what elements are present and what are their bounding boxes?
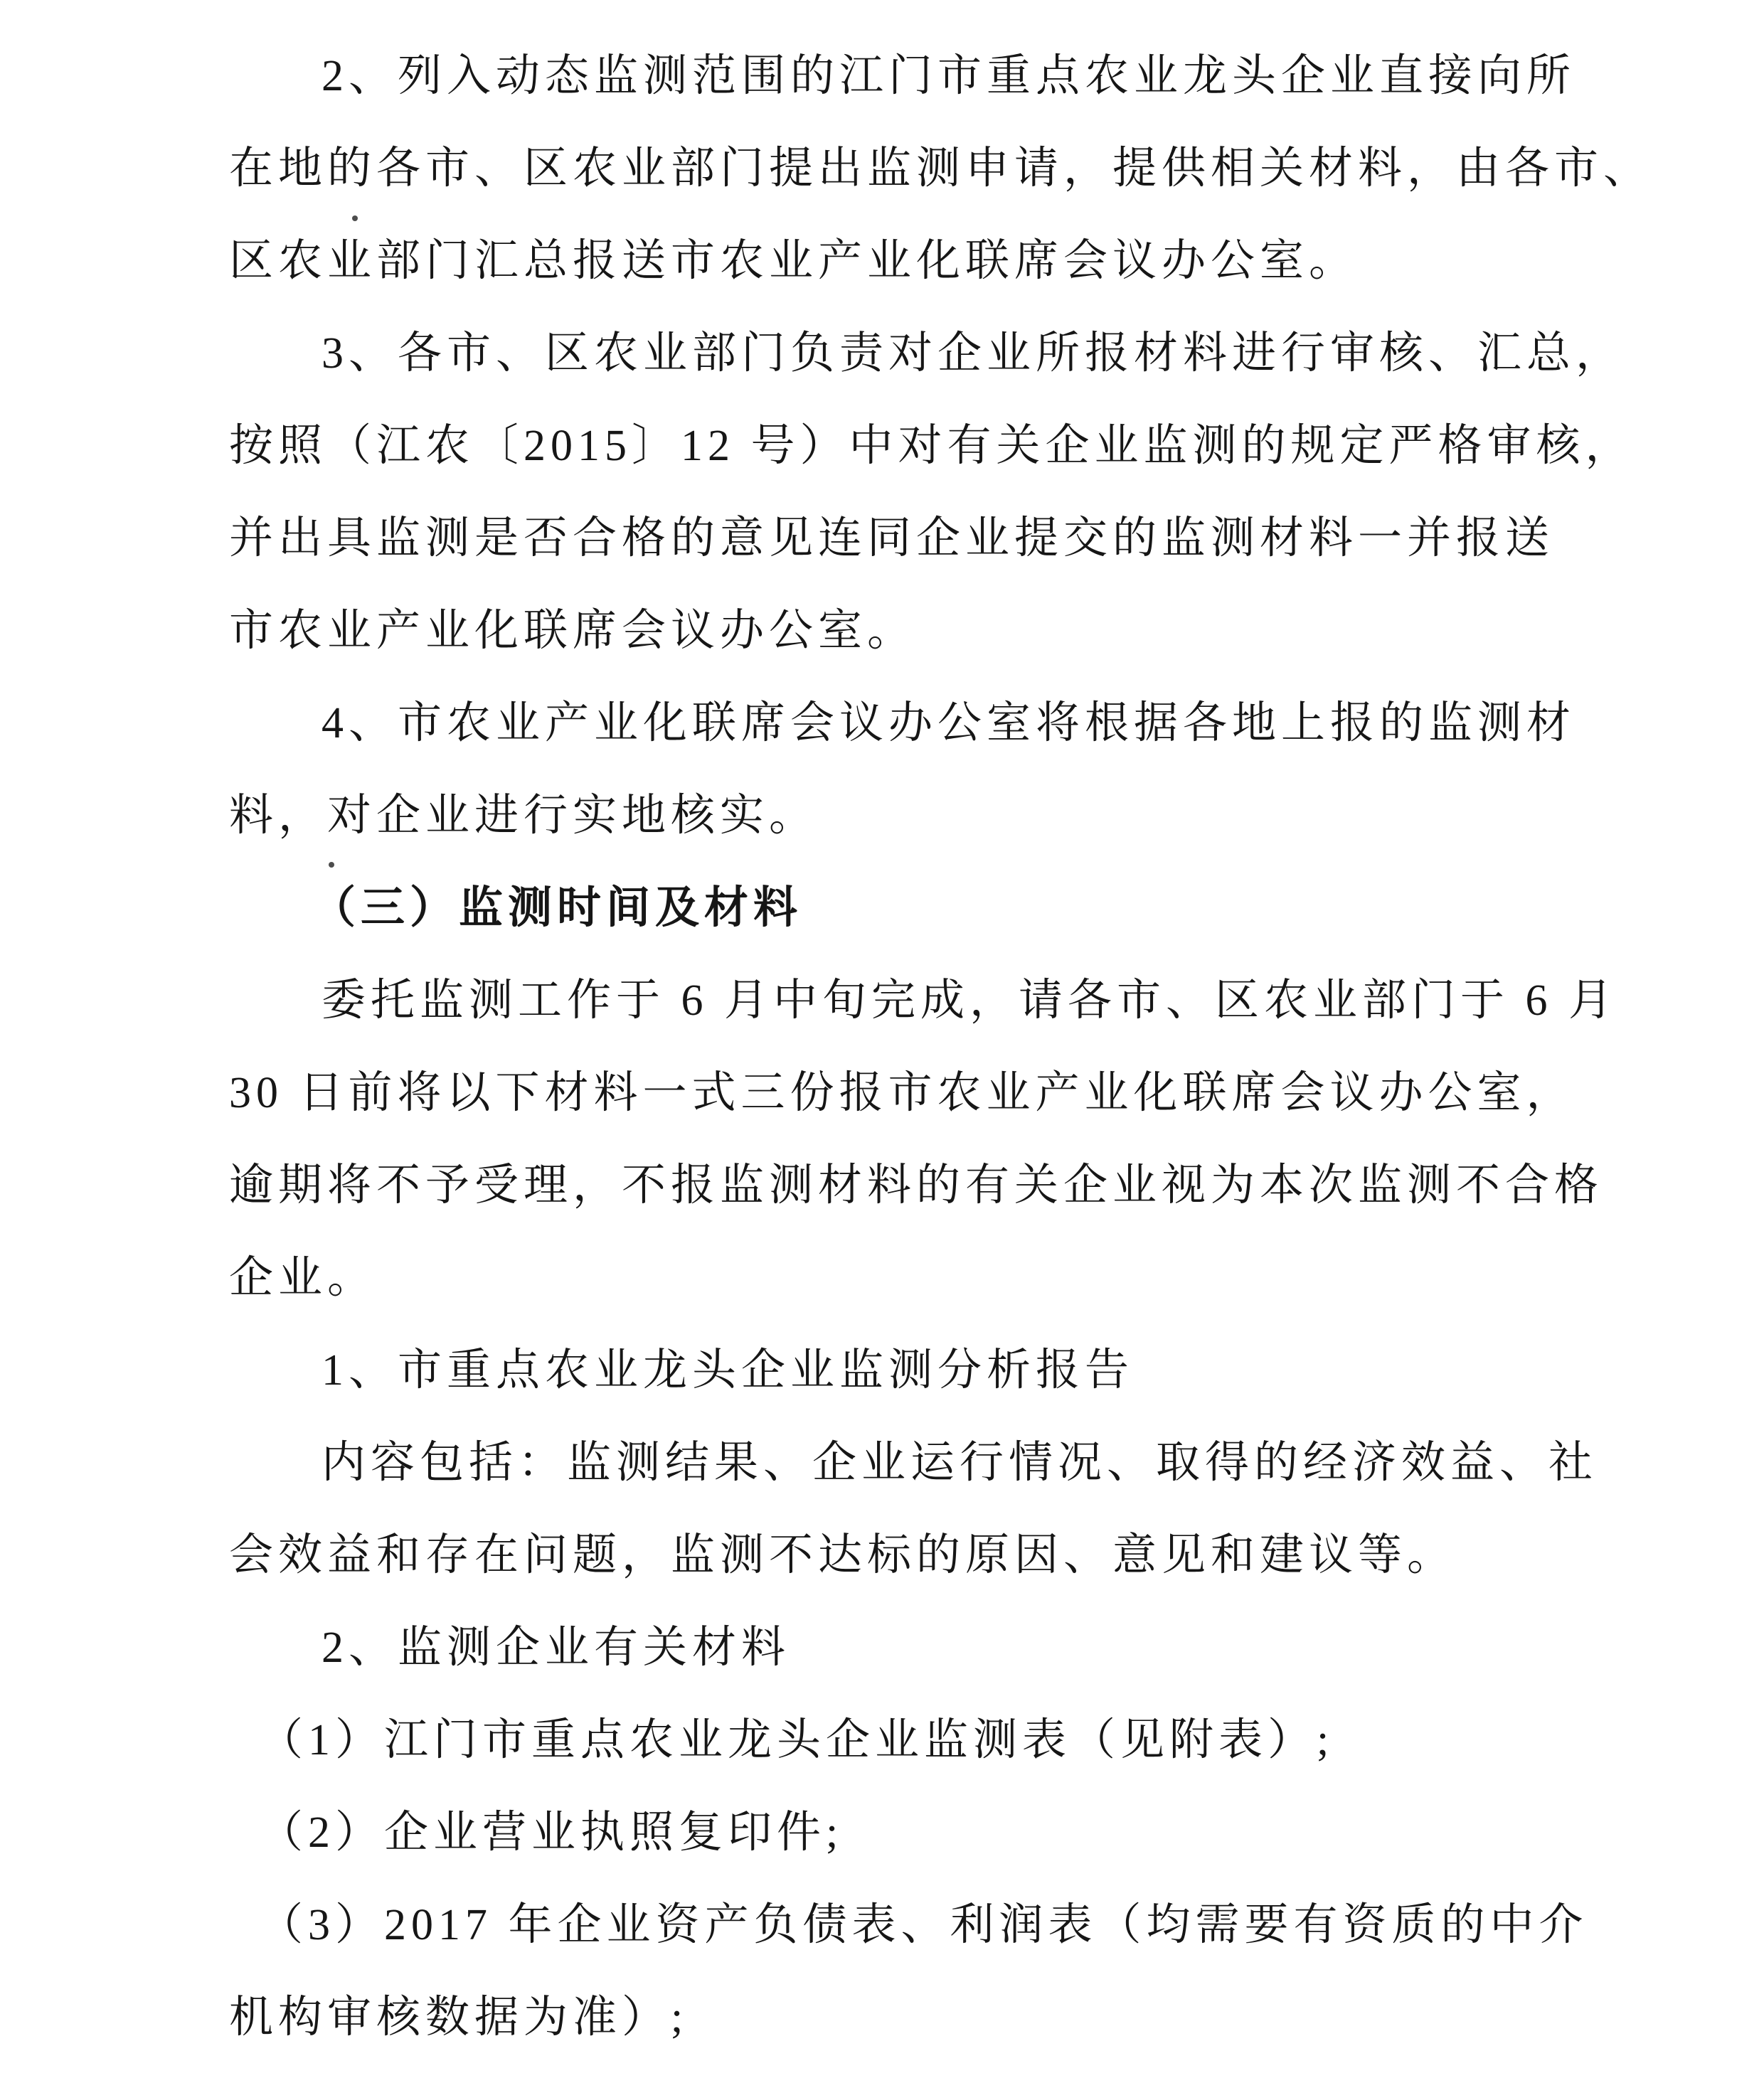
text-line: （3）2017 年企业资产负债表、利润表（均需要有资质的中介 (229, 1879, 1673, 1971)
text-line: 料，对企业进行实地核实。 (229, 769, 1673, 862)
text-line: 市农业产业化联席会议办公室。 (229, 585, 1673, 677)
document-body: 2、列入动态监测范围的江门市重点农业龙头企业直接向所在地的各市、区农业部门提出监… (229, 30, 1673, 2064)
text-line: 30 日前将以下材料一式三份报市农业产业化联席会议办公室， (229, 1047, 1673, 1139)
text-line: 逾期将不予受理，不报监测材料的有关企业视为本次监测不合格 (229, 1139, 1673, 1232)
section-heading: （三）监测时间及材料 (229, 862, 1673, 954)
text-line: （1）江门市重点农业龙头企业监测表（见附表）; (229, 1694, 1673, 1786)
text-line: 并出具监测是否合格的意见连同企业提交的监测材料一并报送 (229, 492, 1673, 585)
text-line: 会效益和存在问题，监测不达标的原因、意见和建议等。 (229, 1509, 1673, 1602)
text-line: 机构审核数据为准）; (229, 1971, 1673, 2064)
text-line: 企业。 (229, 1232, 1673, 1324)
text-line: 4、市农业产业化联席会议办公室将根据各地上报的监测材 (229, 677, 1673, 769)
text-line: 2、监测企业有关材料 (229, 1602, 1673, 1694)
text-line: 2、列入动态监测范围的江门市重点农业龙头企业直接向所 (229, 30, 1673, 122)
text-line: 内容包括：监测结果、企业运行情况、取得的经济效益、社 (229, 1417, 1673, 1509)
text-line: 在地的各市、区农业部门提出监测申请，提供相关材料，由各市、 (229, 122, 1673, 215)
text-line: 3、各市、区农业部门负责对企业所报材料进行审核、汇总， (229, 307, 1673, 400)
text-line: 按照（江农〔2015〕12 号）中对有关企业监测的规定严格审核， (229, 400, 1673, 492)
text-line: 1、市重点农业龙头企业监测分析报告 (229, 1324, 1673, 1417)
document-page: 2、列入动态监测范围的江门市重点农业龙头企业直接向所在地的各市、区农业部门提出监… (0, 0, 1764, 2073)
text-line: 区农业部门汇总报送市农业产业化联席会议办公室。 (229, 215, 1673, 307)
text-line: （2）企业营业执照复印件; (229, 1786, 1673, 1879)
text-line: 委托监测工作于 6 月中旬完成，请各市、区农业部门于 6 月 (229, 954, 1673, 1047)
